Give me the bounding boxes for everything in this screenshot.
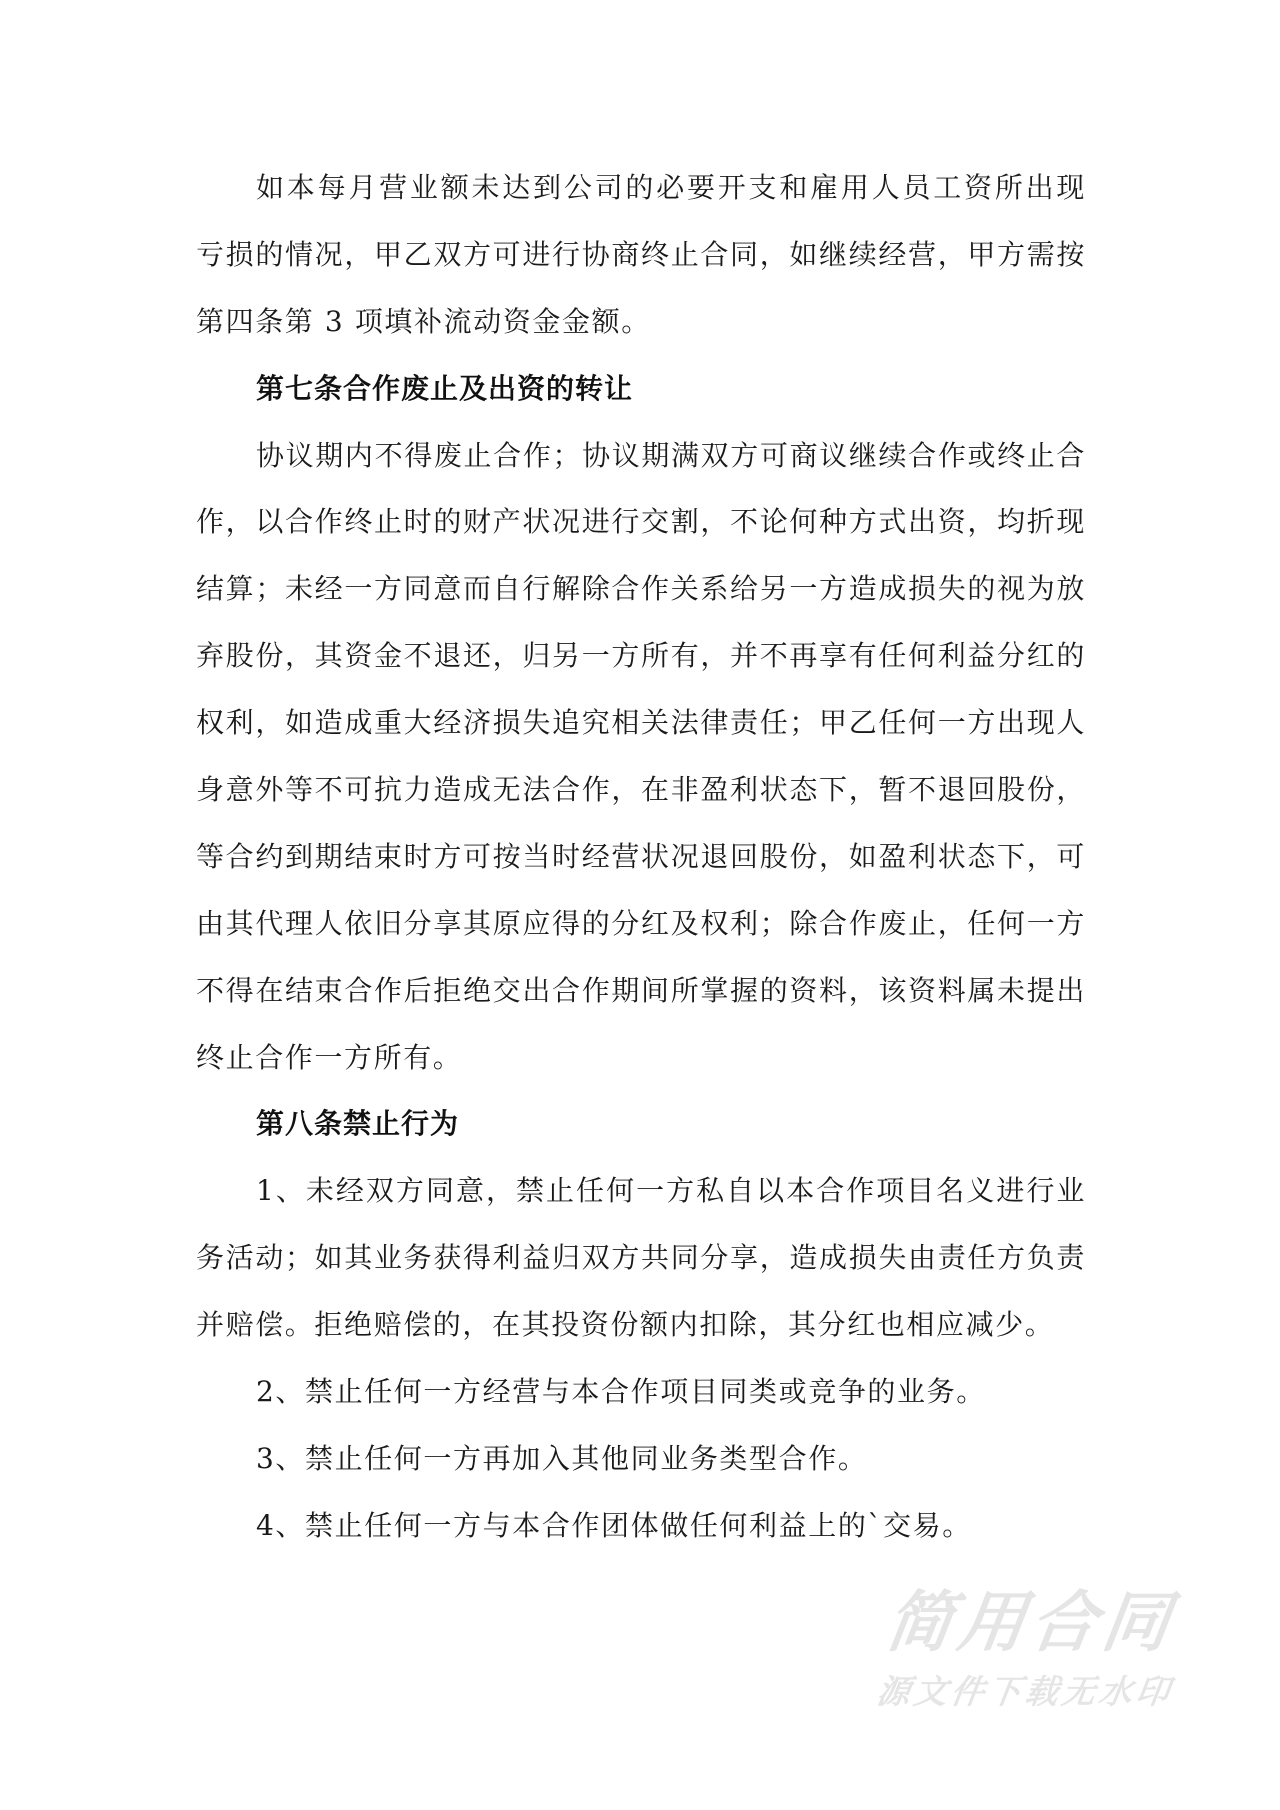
list-item-2: 2、禁止任何一方经营与本合作项目同类或竞争的业务。 bbox=[196, 1359, 1086, 1426]
paragraph-line: 务活动；如其业务获得利益归双方共同分享，造成损失由责任方负责 bbox=[196, 1225, 1086, 1292]
list-item-1: 1、未经双方同意，禁止任何一方私自以本合作项目名义进行业 务活动；如其业务获得利… bbox=[196, 1158, 1086, 1359]
section-heading-article-7: 第七条合作废止及出资的转让 bbox=[196, 356, 1086, 423]
document-page: 如本每月营业额未达到公司的必要开支和雇用人员工资所出现 亏损的情况，甲乙双方可进… bbox=[0, 0, 1280, 1810]
paragraph-line: 终止合作一方所有。 bbox=[196, 1025, 1086, 1092]
paragraph-line: 弃股份，其资金不退还，归另一方所有，并不再享有任何利益分红的 bbox=[196, 623, 1086, 690]
document-body: 如本每月营业额未达到公司的必要开支和雇用人员工资所出现 亏损的情况，甲乙双方可进… bbox=[196, 155, 1086, 1560]
paragraph-line: 亏损的情况，甲乙双方可进行协商终止合同，如继续经营，甲方需按 bbox=[196, 222, 1086, 289]
paragraph-line: 并赔偿。拒绝赔偿的，在其投资份额内扣除，其分红也相应减少。 bbox=[196, 1292, 1086, 1359]
watermark-title: 简用合同 bbox=[882, 1588, 1192, 1658]
paragraph-line: 如本每月营业额未达到公司的必要开支和雇用人员工资所出现 bbox=[196, 155, 1086, 222]
paragraph-line: 第四条第 3 项填补流动资金金额。 bbox=[196, 289, 1086, 356]
paragraph-line: 1、未经双方同意，禁止任何一方私自以本合作项目名义进行业 bbox=[196, 1158, 1086, 1225]
paragraph-article-7: 协议期内不得废止合作；协议期满双方可商议继续合作或终止合 作，以合作终止时的财产… bbox=[196, 423, 1086, 1092]
list-item-4: 4、禁止任何一方与本合作团体做任何利益上的`交易。 bbox=[196, 1493, 1086, 1560]
paragraph-line: 由其代理人依旧分享其原应得的分红及权利；除合作废止，任何一方 bbox=[196, 891, 1086, 958]
paragraph-funding-shortfall: 如本每月营业额未达到公司的必要开支和雇用人员工资所出现 亏损的情况，甲乙双方可进… bbox=[196, 155, 1086, 356]
list-item-3: 3、禁止任何一方再加入其他同业务类型合作。 bbox=[196, 1426, 1086, 1493]
paragraph-line: 权利，如造成重大经济损失追究相关法律责任；甲乙任何一方出现人 bbox=[196, 690, 1086, 757]
section-heading-article-8: 第八条禁止行为 bbox=[196, 1091, 1086, 1158]
paragraph-line: 协议期内不得废止合作；协议期满双方可商议继续合作或终止合 bbox=[196, 423, 1086, 490]
paragraph-line: 结算；未经一方同意而自行解除合作关系给另一方造成损失的视为放 bbox=[196, 556, 1086, 623]
paragraph-line: 不得在结束合作后拒绝交出合作期间所掌握的资料，该资料属未提出 bbox=[196, 958, 1086, 1025]
paragraph-line: 作，以合作终止时的财产状况进行交割，不论何种方式出资，均折现 bbox=[196, 489, 1086, 556]
watermark: 简用合同 源文件下载无水印 bbox=[874, 1588, 1191, 1712]
paragraph-line: 等合约到期结束时方可按当时经营状况退回股份，如盈利状态下，可 bbox=[196, 824, 1086, 891]
paragraph-line: 身意外等不可抗力造成无法合作，在非盈利状态下，暂不退回股份， bbox=[196, 757, 1086, 824]
watermark-subtitle: 源文件下载无水印 bbox=[874, 1672, 1180, 1712]
